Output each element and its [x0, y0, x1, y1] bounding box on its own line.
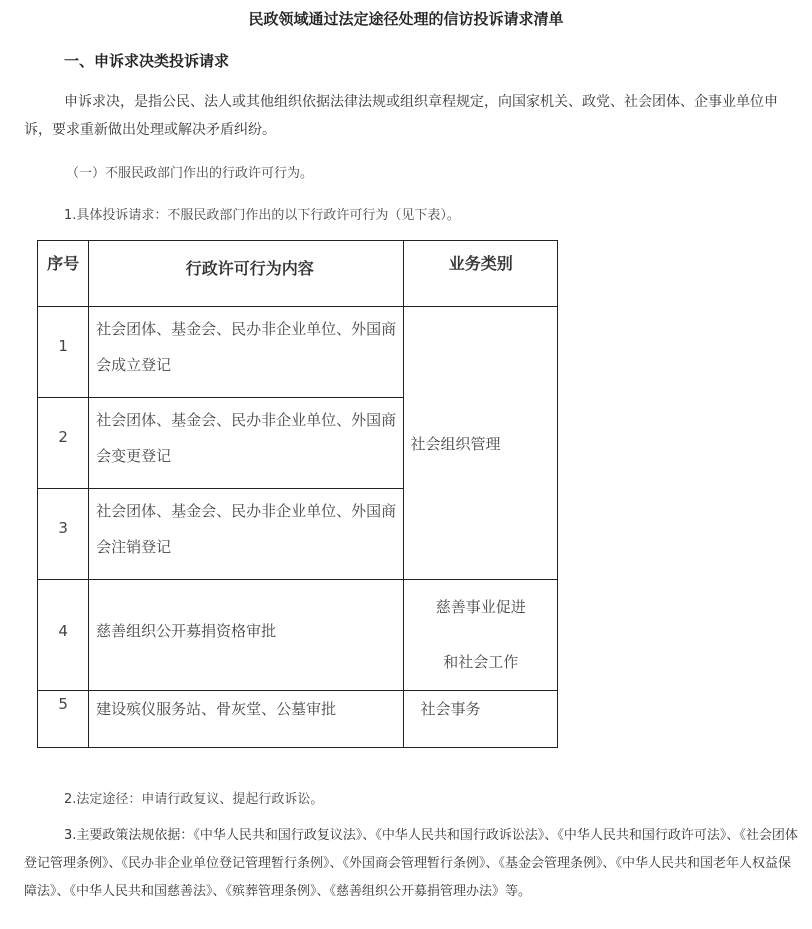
row-no: 5 [38, 695, 88, 713]
table-row: 4 慈善组织公开募捐资格审批 慈善事业促进 和社会工作 [38, 580, 558, 691]
header-category: 业务类别 [404, 241, 558, 307]
row-content: 社会团体、基金会、民办非企业单位、外国商会注销登记 [89, 489, 404, 580]
row-no: 4 [38, 622, 88, 640]
row-content: 社会团体、基金会、民办非企业单位、外国商会变更登记 [89, 398, 404, 489]
row-content: 建设殡仪服务站、骨灰堂、公墓审批 [89, 691, 404, 748]
item-3-text: 3.主要政策法规依据：《中华人民共和国行政复议法》、《中华人民共和国行政诉讼法》… [24, 822, 802, 906]
header-content: 行政许可行为内容 [89, 241, 404, 307]
document-title: 民政领域通过法定途径处理的信访投诉请求清单 [0, 8, 812, 29]
row-category-line2: 和社会工作 [404, 635, 557, 690]
row-no: 2 [38, 428, 88, 446]
table-row: 1 社会团体、基金会、民办非企业单位、外国商会成立登记 社会组织管理 [38, 307, 558, 398]
table-header-row: 序号 行政许可行为内容 业务类别 [38, 241, 558, 307]
row-content: 社会团体、基金会、民办非企业单位、外国商会成立登记 [89, 307, 404, 398]
row-content: 慈善组织公开募捐资格审批 [89, 580, 404, 691]
table-row: 5 建设殡仪服务站、骨灰堂、公墓审批 社会事务 [38, 691, 558, 748]
row-no: 1 [38, 337, 88, 355]
item-2-text: 2.法定途径：申请行政复议、提起行政诉讼。 [64, 788, 323, 807]
section-heading: 一、申诉求决类投诉请求 [64, 50, 229, 71]
header-no: 序号 [38, 241, 89, 307]
subsection-heading: （一）不服民政部门作出的行政许可行为。 [66, 162, 313, 181]
row-category: 社会事务 [404, 691, 558, 748]
row-category: 社会组织管理 [404, 307, 558, 580]
permit-table: 序号 行政许可行为内容 业务类别 1 社会团体、基金会、民办非企业单位、外国商会… [37, 240, 558, 748]
row-category-line1: 慈善事业促进 [404, 580, 557, 635]
intro-paragraph: 申诉求决，是指公民、法人或其他组织依据法律法规或组织章程规定，向国家机关、政党、… [24, 88, 804, 144]
item-1-text: 1.具体投诉请求：不服民政部门作出的以下行政许可行为（见下表）。 [64, 204, 460, 223]
row-no: 3 [38, 519, 88, 537]
